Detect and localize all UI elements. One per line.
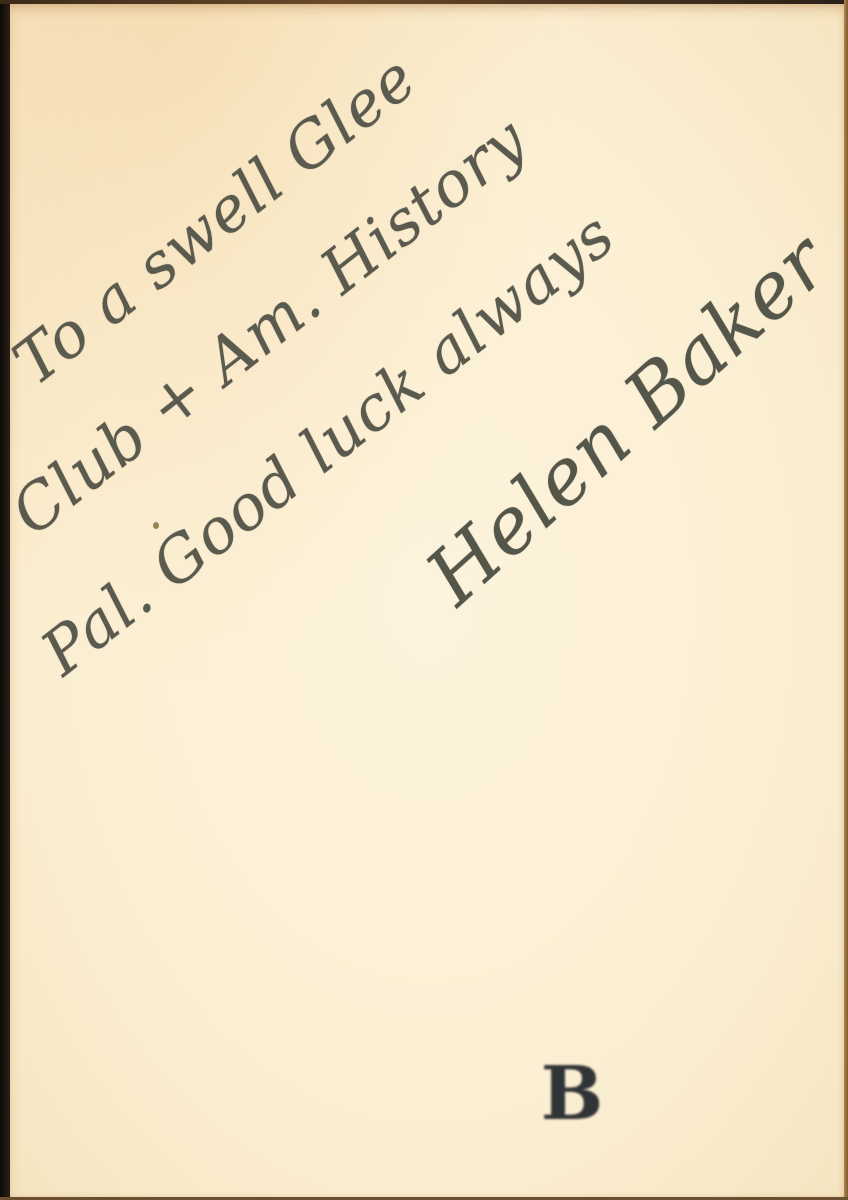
photo-back-card: To a swell Glee Club + Am. History Pal. …	[10, 4, 848, 1198]
photo-left-edge	[0, 0, 10, 1200]
signature: Helen Baker	[410, 217, 846, 622]
stain-speck	[153, 522, 159, 529]
photo-right-edge	[844, 0, 848, 1200]
b-stamp-mark: B	[540, 1056, 604, 1132]
